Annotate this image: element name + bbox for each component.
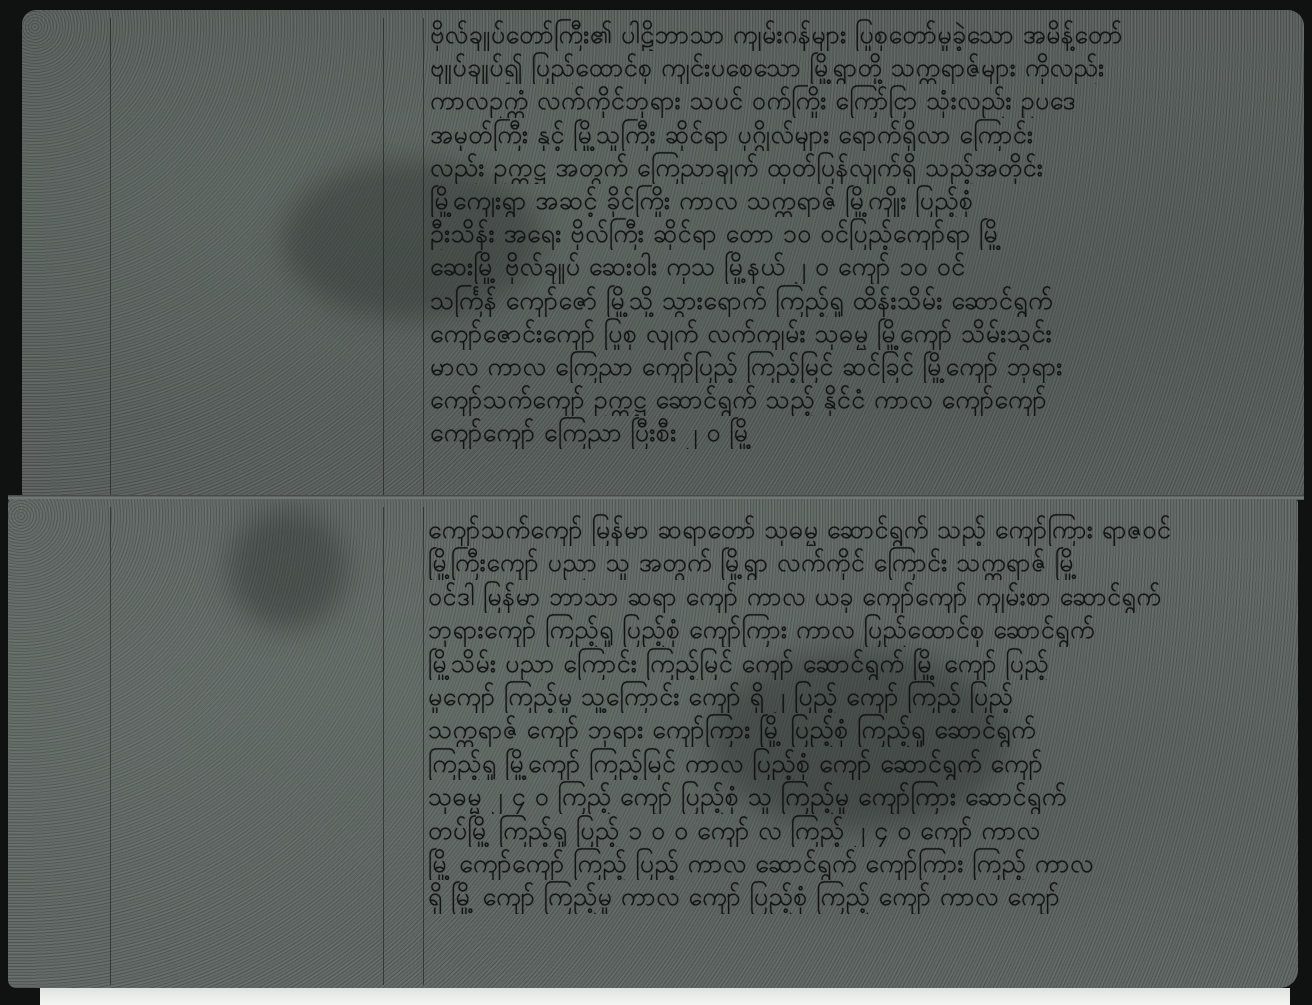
text-line: မာလ ကာလ ကြေညာ ကျော်ပြည့် ကြည့်မြင် ဆင်ခြ… xyxy=(430,350,1290,383)
text-line: ကျော်သက်ကျော် မြန်မာ ဆရာတော် သုဓမ္မ ဆောင… xyxy=(428,513,1298,546)
stain xyxy=(228,509,348,629)
text-line: ဆေးမြို့ ဗိုလ်ချုပ် ဆေးဝါး ကုသ မြို့နယ် … xyxy=(430,250,1290,283)
text-line: မှုကျော် ကြည့်မှု သူ့ကြောင်း ကျော် ရှိ ၂… xyxy=(428,680,1298,713)
manuscript-photo: ဗိုလ်ချုပ်တော်ကြီး၏ ပါဠိဘာသာ ကျမ်းဂန်မျာ… xyxy=(0,0,1312,1005)
text-line: ကျော်ဇောင်းကျော် ပြုစု လျက် လက်ကျမ်း သုဓ… xyxy=(430,317,1290,350)
ruled-margin-line-middle xyxy=(383,507,384,985)
text-line: ဦးသိန်း အရေး ဗိုလ်ကြီး ဆိုင်ရာ တော ၁၀ ဝင… xyxy=(430,217,1290,250)
text-line: ဘုရားကျော် ကြည့်ရှု ပြည့်စုံ ကျော်ကြား က… xyxy=(428,613,1298,646)
page-bottom-edge xyxy=(40,988,1290,1005)
manuscript-panel-top: ဗိုလ်ချုပ်တော်ကြီး၏ ပါဠိဘာသာ ကျမ်းဂန်မျာ… xyxy=(22,10,1304,497)
ruled-margin-line-middle xyxy=(383,18,384,497)
text-line: ကျော်ကျော် ကြေညာ ပြီးစီး ၂ ဝ မြို့ xyxy=(430,416,1290,449)
ruled-margin-line-left xyxy=(110,507,111,985)
text-line: သက္ကရာဇ် ကျော် ဘုရား ကျော်ကြား မြို့ ပြည… xyxy=(428,713,1298,746)
text-line: သုဓမ္မ ၂ ၄ ဝ ကြည့် ကျော် ပြည့်စုံ သူ ကြည… xyxy=(428,780,1298,813)
text-line: မြို့သိမ်း ပညာ ကြောင်း ကြည့်မြင် ကျော် ဆ… xyxy=(428,647,1298,680)
text-line: ကာလဥက္ကံ လက်ကိုင်ဘုရား သပင် ဝက်ကြိုး ကြေ… xyxy=(430,84,1290,117)
text-line: မြို့ ကျော်ကျော် ကြည့် ပြည့် ကာလ ဆောင်ရွ… xyxy=(428,847,1298,880)
text-line: မြို့ကျေးရွာ အဆင့် ခိုင်ကြိုး ကာလ သက္ကရာ… xyxy=(430,184,1290,217)
text-line: ရှိ မြို့ ကျော် ကြည့်မှု ကာလ ကျော် ပြည့်… xyxy=(428,880,1298,913)
text-line: လည်း ဥက္ကဋ္ဌ အတွက် ကြေညာချက် ထုတ်ပြန်လျက… xyxy=(430,151,1290,184)
text-line: ဗျုပ်ချုပ်၍ ပြည်ထောင်စု ကျင်းပစေသော မြို… xyxy=(430,51,1290,84)
text-line: တပ်မြို့ ကြည့်ရှု ပြည့် ၁ ဝ ဝ ကျော် လ ကြ… xyxy=(428,814,1298,847)
text-line: ကျော်သက်ကျော် ဥက္ကဋ္ဌ ဆောင်ရွက် သည့် နို… xyxy=(430,383,1290,416)
manuscript-text-top: ဗိုလ်ချုပ်တော်ကြီး၏ ပါဠိဘာသာ ကျမ်းဂန်မျာ… xyxy=(430,18,1290,449)
text-line: မြို့ကြီးကျော် ပညာ သူ အတွက် မြို့ရွာ လက်… xyxy=(428,546,1298,579)
text-line: ဗိုလ်ချုပ်တော်ကြီး၏ ပါဠိဘာသာ ကျမ်းဂန်မျာ… xyxy=(430,18,1290,51)
ruled-margin-line-text xyxy=(423,507,424,985)
manuscript-panel-bottom: ကျော်သက်ကျော် မြန်မာ ဆရာတော် သုဓမ္မ ဆောင… xyxy=(8,499,1298,988)
text-line: သင်္ကြန် ကျော်ဇော် မြို့သို့ သွားရောက် က… xyxy=(430,284,1290,317)
ruled-margin-line-text xyxy=(423,18,424,497)
ruled-margin-line-left xyxy=(110,18,111,497)
text-line: အမှတ်ကြီး နှင့် မြို့သူကြီး ဆိုင်ရာ ပုဂ္… xyxy=(430,118,1290,151)
manuscript-text-bottom: ကျော်သက်ကျော် မြန်မာ ဆရာတော် သုဓမ္မ ဆောင… xyxy=(428,513,1298,914)
text-line: ဝင်ဒါ မြန်မာ ဘာသာ ဆရာ ကျော် ကာလ ယခု ကျော… xyxy=(428,580,1298,613)
text-line: ကြည့်ရှု မြို့ကျော် ကြည့်မြင် ကာလ ပြည့်စ… xyxy=(428,747,1298,780)
